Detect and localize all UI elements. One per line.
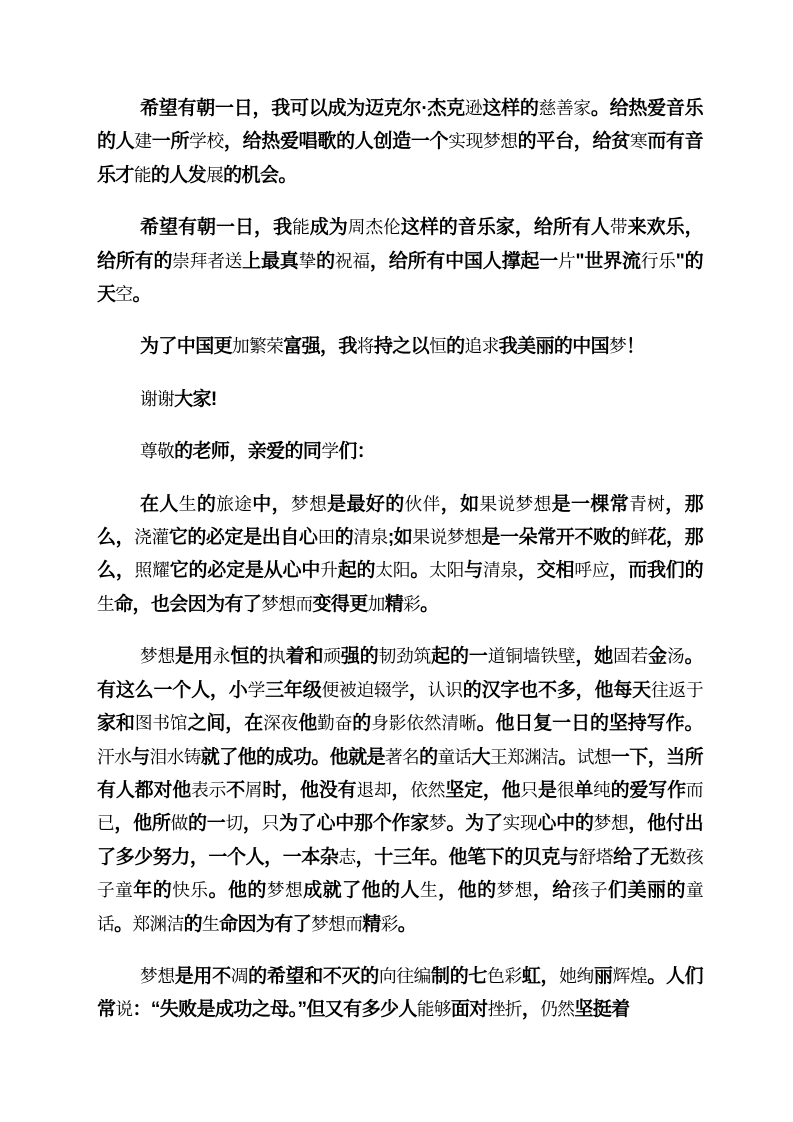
text-run: ，她 — [575, 646, 613, 667]
text-run: 是 — [538, 780, 557, 801]
text-run: 丽 — [594, 966, 613, 987]
text-run: 与 — [464, 560, 483, 581]
text-run: ， — [243, 813, 262, 834]
text-run: 固若 — [613, 646, 648, 666]
text-run: 精 — [362, 914, 380, 935]
text-run: 之间，在 — [188, 713, 264, 734]
text-run: 成就了他的人 — [303, 880, 420, 901]
text-run: 勤奋 — [317, 713, 352, 733]
paragraph: 尊敬的老师，亲爱的同学们： — [97, 435, 703, 468]
text-run: 的 — [316, 251, 335, 272]
text-run: 切 — [226, 813, 243, 833]
text-run: 家和 — [97, 713, 135, 734]
text-run: 建 — [134, 131, 151, 151]
text-run: 清泉 — [353, 527, 388, 547]
text-run: 制的七 — [431, 966, 487, 987]
text-run: 说 — [115, 999, 132, 1019]
document-body: 希望有朝一日，我可以成为迈克尔·杰克逊这样的慈善家。给热爱音乐的人建一所学校，给… — [97, 92, 703, 1027]
text-run: ，给热爱唱歌的人创造一个 — [224, 131, 448, 152]
text-run: 大家! — [174, 389, 217, 410]
text-run: 。他日复一日的坚持写作。 — [477, 713, 703, 734]
text-run: 表示 — [191, 780, 226, 800]
text-run: 只 — [262, 813, 279, 833]
text-run: 空 — [115, 284, 132, 304]
text-run: 是最好的 — [327, 494, 405, 515]
text-run: 学 — [321, 441, 338, 461]
text-run: 是一棵常 — [552, 494, 630, 515]
text-run: 永 — [213, 646, 231, 666]
text-run: 浇灌 — [134, 527, 169, 547]
text-run: 的 — [197, 494, 216, 515]
text-run: 心中的 — [537, 813, 593, 834]
text-run: 执 — [268, 646, 286, 666]
text-run: 就了他的成功。他就是 — [201, 747, 385, 768]
text-run: 。 — [398, 914, 416, 935]
text-run: 希望有朝一日，我 — [140, 217, 292, 238]
text-run: 呼应 — [574, 560, 609, 580]
text-run: 坚定，他 — [445, 780, 520, 801]
text-run: 汗水 — [97, 747, 131, 767]
text-run: 起的一 — [431, 646, 488, 667]
text-run: 的人发 — [151, 165, 206, 186]
text-run: 慈善家 — [539, 98, 591, 118]
text-run: 王郑渊洁 — [490, 747, 558, 767]
text-run: 田 — [317, 527, 334, 547]
text-run: 。 — [410, 560, 429, 581]
text-run: 恒的 — [230, 646, 268, 667]
text-run: 纯 — [593, 780, 610, 800]
text-run: 起的 — [338, 560, 376, 581]
text-run: 上最真 — [242, 251, 298, 272]
text-run: 的老师，亲爱的同 — [174, 441, 321, 462]
text-run: 成为 — [310, 217, 348, 238]
text-run: 们美丽的 — [608, 880, 686, 901]
paragraph: 梦想是用不凋的希望和不灭的向往编制的七色彩虹，她绚丽辉煌。人们常说：“失败是成功… — [97, 960, 703, 1027]
text-run: 太阳 — [429, 560, 464, 580]
text-run: 童话 — [437, 747, 471, 767]
text-run: 将 — [357, 336, 374, 356]
text-run: 果说梦想 — [412, 527, 481, 547]
text-run: 果说梦想 — [479, 494, 551, 514]
text-run: 精 — [385, 594, 403, 615]
text-run: ，而我们的 — [609, 560, 703, 581]
text-run: 它的必定是从心中 — [170, 560, 321, 581]
text-run: ，十三年。他笔下的贝克与 — [356, 847, 579, 868]
text-run: 它的必定是出自心 — [169, 527, 318, 548]
text-run: 清泉 — [483, 560, 518, 580]
text-run: 这样的音乐家，给所有人 — [401, 217, 610, 238]
text-run: 退却 — [356, 780, 391, 800]
text-run: 片 — [558, 251, 575, 271]
text-run: 带 — [610, 217, 628, 237]
paragraph: 谢谢大家! — [97, 383, 703, 416]
text-run: 一所 — [152, 131, 189, 152]
text-run: 富强，我 — [283, 336, 357, 357]
text-run: 实现梦想 — [448, 131, 517, 151]
text-run: 为了心中那个作家 — [279, 813, 429, 834]
text-run: 。为了 — [446, 813, 502, 834]
text-run: 梦想而 — [311, 914, 362, 934]
text-run: 做 — [171, 813, 188, 833]
paragraph: 梦想是用永恒的执着和顽强的韧劲筑起的一道铜墙铁壁，她固若金汤。有这么一个人，小学… — [97, 640, 703, 941]
paragraph: 为了中国更加繁荣富强，我将持之以恒的追求我美丽的中国梦！ — [97, 330, 703, 363]
text-run: 虹， — [522, 966, 559, 987]
text-run: 梦想 — [594, 813, 629, 833]
text-run: 试想 — [577, 747, 611, 767]
text-run: 的希望和不灭的 — [248, 966, 379, 987]
text-run: 梦想 — [267, 880, 303, 900]
text-run: 的爱写作 — [611, 780, 686, 801]
text-run: 三年级 — [265, 680, 321, 701]
text-run: 生 — [97, 594, 114, 614]
text-run: 尊敬 — [140, 441, 174, 461]
text-run: 不 — [226, 780, 245, 801]
text-run: 汤 — [667, 646, 685, 666]
text-run: 学 — [248, 680, 265, 700]
text-run: ：“失败是成功之母。”但又有多少人 — [132, 999, 416, 1020]
text-run: 孩子 — [572, 880, 608, 900]
text-run: 道铜墙铁壁 — [488, 646, 576, 666]
text-run: 挫折 — [488, 999, 522, 1019]
text-run: 梦想 — [291, 494, 327, 514]
text-run: ，他所 — [114, 813, 170, 834]
paragraph: 希望有朝一日，我能成为周杰伦这样的音乐家，给所有人带来欢乐，给所有的崇拜者送上最… — [97, 211, 703, 311]
text-run: 行乐 — [641, 251, 676, 271]
text-run: 能 — [292, 217, 310, 237]
text-run: 生 — [420, 880, 438, 900]
text-run: 泪水铸 — [150, 747, 201, 767]
text-run: 便被迫辍学 — [322, 680, 409, 700]
text-run: 变得更 — [312, 594, 367, 615]
text-run: 周杰伦 — [348, 217, 401, 237]
text-run: 舒塔 — [579, 847, 613, 867]
text-run: 的汉字也不多，他每天 — [463, 680, 651, 701]
text-run: 的 — [352, 713, 371, 734]
text-run: 谢谢 — [140, 389, 174, 409]
text-run: 。 — [114, 914, 132, 935]
text-run: 中， — [252, 494, 291, 515]
text-run: 展 — [206, 165, 223, 185]
text-run: 命因为有了 — [219, 914, 311, 935]
text-run: 。他的 — [208, 880, 266, 901]
text-run: ， — [522, 999, 540, 1020]
text-run: 色彩 — [487, 966, 522, 986]
text-run: 为了中国更 — [140, 336, 232, 357]
text-run: 的机会。 — [223, 165, 297, 186]
text-run: 与 — [131, 747, 149, 768]
text-run: 鲜 — [630, 527, 647, 547]
text-run: 顽 — [323, 646, 341, 666]
text-run: 梦想 — [140, 966, 175, 986]
text-run: 向往编 — [379, 966, 431, 986]
text-run: 照耀 — [135, 560, 170, 580]
text-run: ，如 — [441, 494, 480, 515]
text-run: 辉煌 — [613, 966, 648, 986]
text-run: 金 — [648, 646, 667, 667]
text-run: 的 — [446, 336, 464, 357]
text-run: ！ — [626, 336, 644, 357]
text-run: 寒 — [630, 131, 647, 151]
paragraph: 希望有朝一日，我可以成为迈克尔·杰克逊这样的慈善家。给热爱音乐的人建一所学校，给… — [97, 92, 703, 192]
text-run: 梦想 — [497, 880, 533, 900]
text-run: 实现 — [503, 813, 538, 833]
text-run: 是一朵常开不败的 — [481, 527, 630, 548]
text-run: 志 — [338, 847, 355, 867]
text-run: 认识 — [428, 680, 463, 700]
text-run: 崇拜者送 — [172, 251, 242, 271]
text-run: 图书馆 — [135, 713, 188, 733]
text-run: 彩 — [381, 914, 398, 934]
text-run: 著名 — [385, 747, 419, 767]
text-run: ，他的 — [438, 880, 496, 901]
text-run: ， — [391, 780, 410, 801]
text-run: ，交相 — [518, 560, 574, 581]
text-run: 生 — [202, 914, 219, 934]
text-run: 年的 — [133, 880, 172, 901]
text-run: 太阳 — [375, 560, 410, 580]
text-run: 往返于 — [651, 680, 703, 700]
text-run: 。 — [132, 284, 150, 305]
text-run: 能够 — [417, 999, 451, 1019]
text-run: 郑渊洁 — [132, 914, 183, 934]
text-run: 希望有朝一日，我可以成为迈克尔·杰克 — [140, 98, 465, 119]
text-run: 韧劲筑 — [379, 646, 432, 666]
text-run: 仍然 — [540, 999, 574, 1019]
text-run: 梦 — [609, 336, 626, 356]
text-run: 着和 — [286, 646, 324, 667]
text-run: 青树 — [629, 494, 665, 514]
text-run: 升 — [320, 560, 337, 580]
document-page: 希望有朝一日，我可以成为迈克尔·杰克逊这样的慈善家。给热爱音乐的人建一所学校，给… — [0, 0, 793, 1122]
text-run: 祝福 — [335, 251, 370, 271]
text-run: 的平台，给贫 — [518, 131, 630, 152]
text-run: 这样的 — [482, 98, 538, 119]
text-run: "世界流 — [576, 251, 641, 272]
text-run: 梦想 — [140, 646, 175, 666]
text-run: 快乐 — [172, 880, 208, 900]
text-run: 。 — [420, 594, 438, 615]
text-run: 的 — [419, 747, 437, 768]
text-run: 学校 — [189, 131, 224, 151]
text-run: 追求 — [465, 336, 499, 356]
text-run: 凋 — [231, 966, 248, 986]
paragraph: 在人生的旅途中，梦想是最好的伙伴，如果说梦想是一棵常青树，那么，浇灌它的必定是出… — [97, 488, 703, 622]
text-run: 只 — [521, 780, 538, 800]
text-run: 命，也会因为有了 — [114, 594, 261, 615]
text-run: 生 — [179, 494, 197, 514]
text-run: 面对 — [451, 999, 488, 1020]
text-run: 伙伴 — [405, 494, 441, 514]
text-run: 是用不 — [175, 966, 231, 987]
text-run: 恒 — [429, 336, 446, 356]
text-run: 很 — [557, 780, 574, 800]
text-run: 强的 — [341, 646, 379, 667]
text-run: 大 — [472, 747, 490, 768]
text-run: 逊 — [465, 98, 482, 118]
text-run: 梦 — [429, 813, 446, 833]
text-run: ， — [409, 680, 428, 701]
text-run: 给了无 — [613, 847, 669, 868]
text-run: ，给所有中国人撑起一 — [370, 251, 558, 272]
text-run: 身影依然清晰 — [371, 713, 476, 733]
text-run: 加 — [368, 594, 385, 614]
text-run: 时，他没有 — [262, 780, 356, 801]
text-run: 屑 — [245, 780, 262, 800]
text-run: 坚挺着 — [574, 999, 629, 1020]
text-run: 的 — [335, 527, 354, 548]
text-run: 。 — [558, 747, 576, 768]
text-run: 在人 — [140, 494, 179, 515]
text-run: 深夜 — [263, 713, 298, 733]
text-run: 他 — [298, 713, 317, 734]
text-run: 的一 — [188, 813, 225, 834]
text-run: 彩 — [403, 594, 420, 614]
text-run: ，给 — [533, 880, 572, 901]
text-run: 挚 — [299, 251, 316, 271]
text-run: 是用 — [175, 646, 213, 667]
text-run: 的 — [184, 914, 202, 935]
text-run: 能 — [134, 165, 151, 185]
text-run: ;如 — [388, 527, 413, 548]
text-run: 我美丽的中国 — [499, 336, 609, 357]
text-run: 她绚 — [559, 966, 594, 986]
text-run: 单 — [574, 780, 593, 801]
text-run: 持之以 — [374, 336, 429, 357]
text-run: 梦想而 — [261, 594, 312, 614]
text-run: 依然 — [410, 780, 445, 800]
text-run: 们： — [338, 441, 375, 462]
text-run: 旅途 — [216, 494, 252, 514]
text-run: 加繁荣 — [232, 336, 283, 356]
